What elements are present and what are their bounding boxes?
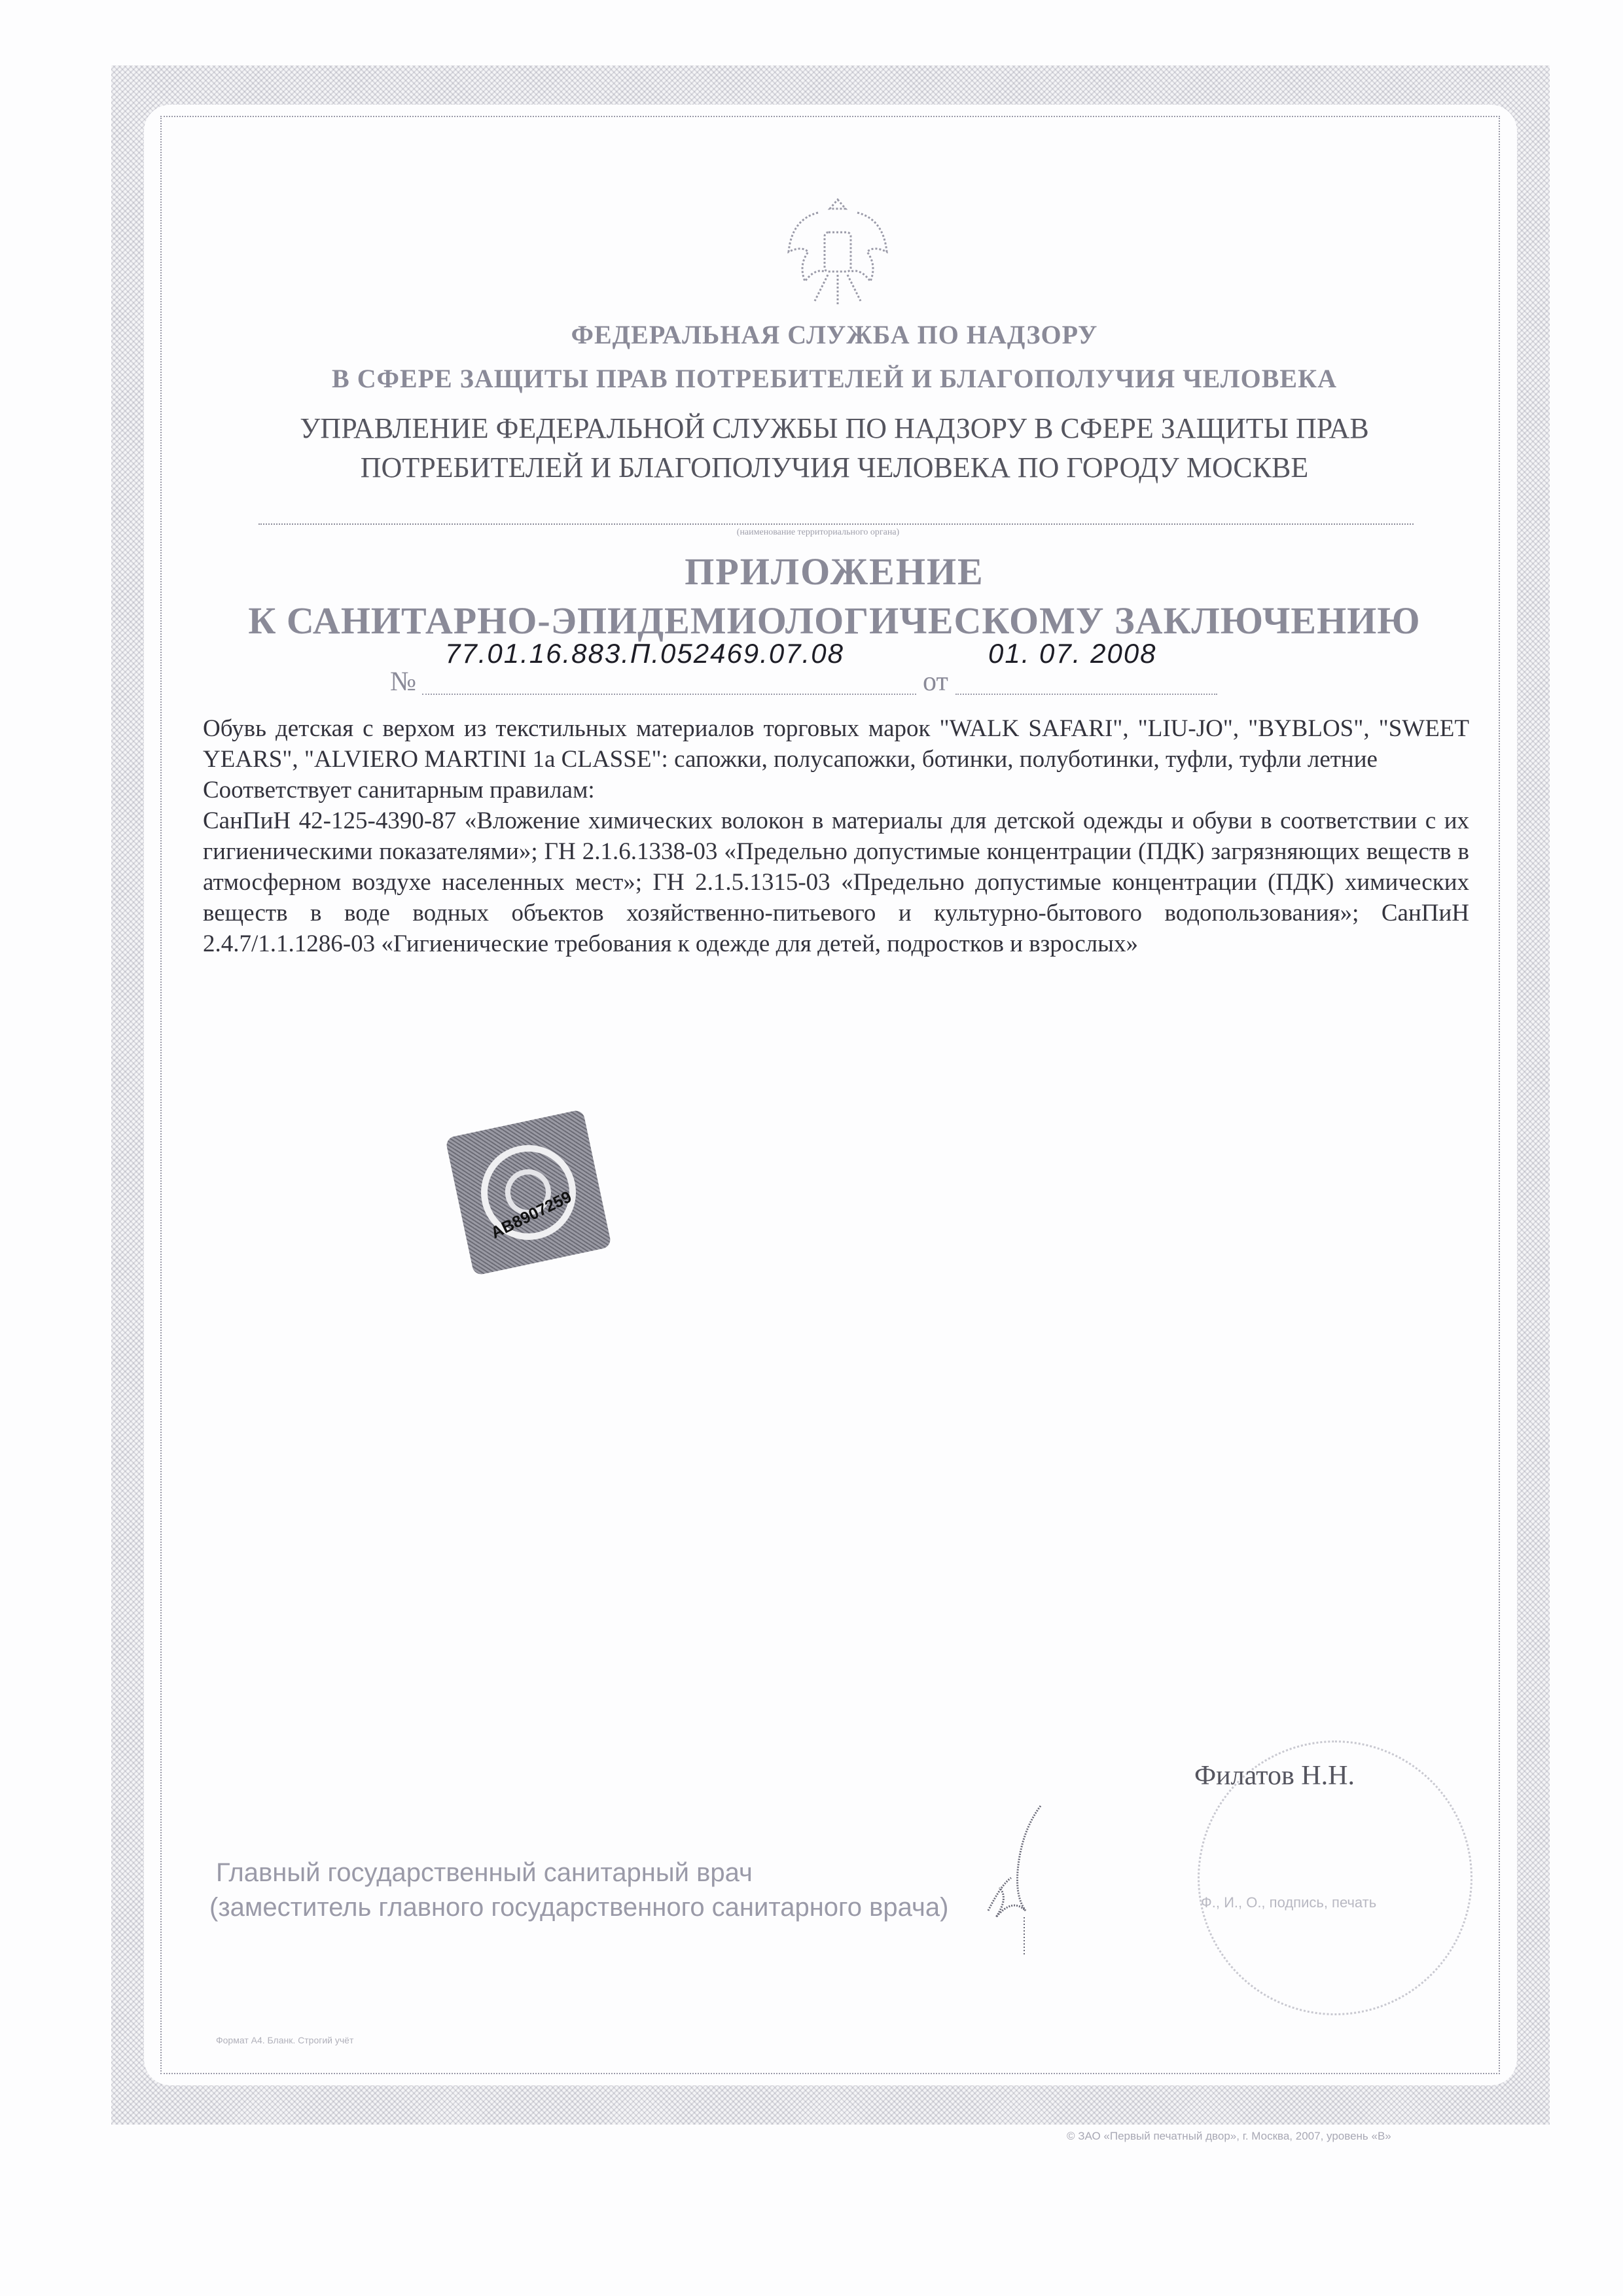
agency-name-line1: ФЕДЕРАЛЬНАЯ СЛУЖБА ПО НАДЗОРУ (196, 319, 1472, 350)
stamp-caption: Ф., И., О., подпись, печать (1201, 1894, 1376, 1911)
date-label: от (923, 666, 948, 698)
printer-imprint: © ЗАО «Первый печатный двор», г. Москва,… (1067, 2130, 1391, 2143)
date-underline (955, 694, 1217, 695)
department-name-line1: УПРАВЛЕНИЕ ФЕДЕРАЛЬНОЙ СЛУЖБЫ ПО НАДЗОРУ… (196, 409, 1472, 448)
signer-role: Главный государственный санитарный врач (216, 1858, 753, 1888)
agency-name-line2: В СФЕРЕ ЗАЩИТЫ ПРАВ ПОТРЕБИТЕЛЕЙ И БЛАГО… (196, 363, 1472, 394)
coat-of-arms-icon (772, 186, 903, 317)
conclusion-date: 01. 07. 2008 (988, 638, 1157, 669)
product-description: Обувь детская с верхом из текстильных ма… (203, 713, 1469, 775)
document-body: Обувь детская с верхом из текстильных ма… (203, 713, 1469, 959)
conclusion-number: 77.01.16.883.П.052469.07.08 (445, 638, 844, 669)
header-separator (259, 523, 1414, 525)
document-subtitle: К САНИТАРНО-ЭПИДЕМИОЛОГИЧЕСКОМУ ЗАКЛЮЧЕН… (196, 599, 1472, 643)
separator-caption: (наименование территориального органа) (654, 527, 982, 538)
signer-role-deputy: (заместитель главного государственного с… (209, 1893, 948, 1922)
document-title: ПРИЛОЖЕНИЕ (196, 550, 1472, 593)
number-label: № (390, 666, 416, 698)
signer-name: Филатов Н.Н. (1194, 1760, 1355, 1792)
department-name-line2: ПОТРЕБИТЕЛЕЙ И БЛАГОПОЛУЧИЯ ЧЕЛОВЕКА ПО … (196, 448, 1472, 487)
number-underline (422, 694, 916, 695)
sanitary-rules-list: СанПиН 42-125-4390-87 «Вложение химическ… (203, 805, 1469, 959)
form-code: Формат А4. Бланк. Строгий учёт (216, 2035, 353, 2045)
hologram-sticker: АВ8907259 (445, 1109, 612, 1276)
compliance-heading: Соответствует санитарным правилам: (203, 775, 1469, 805)
department-name: УПРАВЛЕНИЕ ФЕДЕРАЛЬНОЙ СЛУЖБЫ ПО НАДЗОРУ… (196, 409, 1472, 487)
handwritten-signature-icon (969, 1793, 1099, 1963)
